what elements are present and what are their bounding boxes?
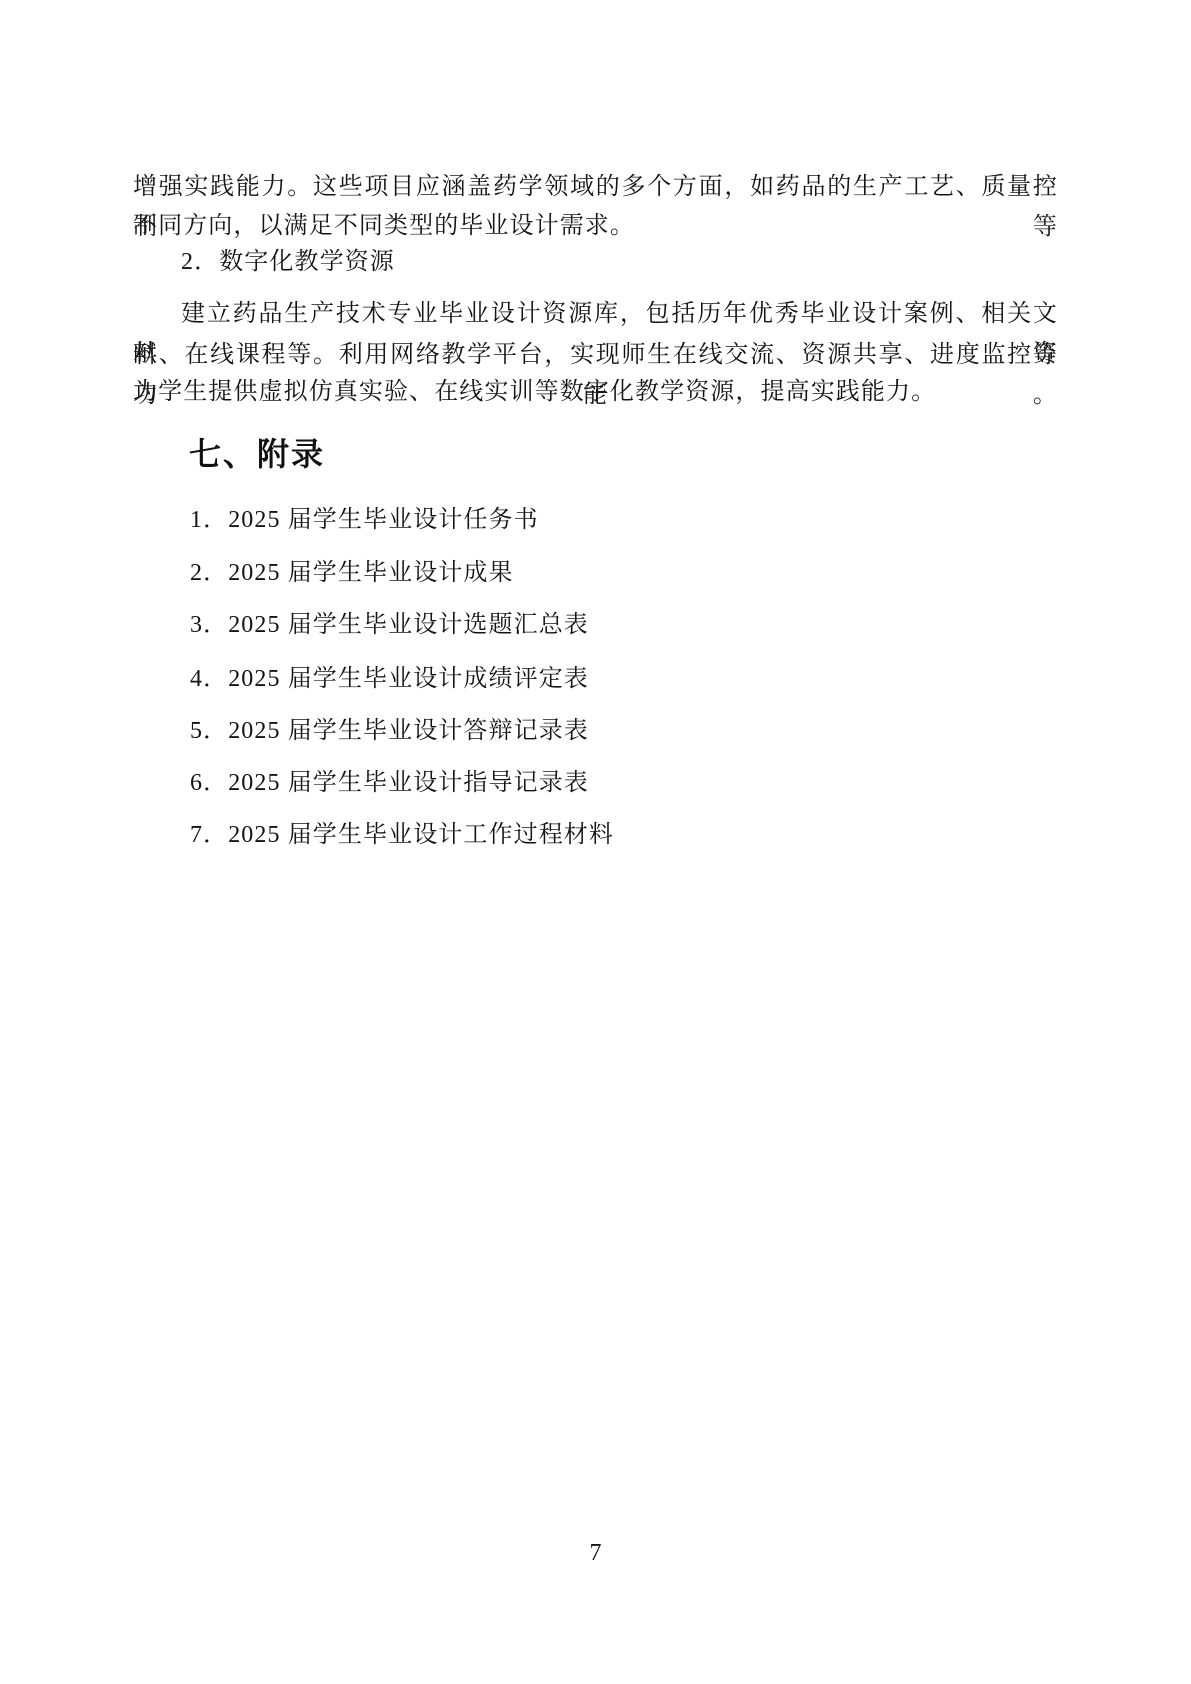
appendix-item-2: 2．2025 届学生毕业设计成果 [190, 553, 514, 593]
section-heading-appendix: 七、附录 [189, 432, 325, 476]
numbered-subheading-digital-resources: 2．数字化教学资源 [133, 242, 1058, 282]
appendix-item-6: 6．2025 届学生毕业设计指导记录表 [190, 763, 589, 803]
appendix-item-4: 4．2025 届学生毕业设计成绩评定表 [190, 659, 589, 699]
appendix-item-3: 3．2025 届学生毕业设计选题汇总表 [190, 605, 589, 645]
paragraph-practice-line-2: 不同方向，以满足不同类型的毕业设计需求。 [133, 206, 1058, 246]
appendix-item-1: 1．2025 届学生毕业设计任务书 [190, 500, 539, 540]
document-page: 增强实践能力。这些项目应涵盖药学领域的多个方面，如药品的生产工艺、质量控制等 不… [0, 0, 1191, 1684]
paragraph-digital-line-3: 为学生提供虚拟仿真实验、在线实训等数字化教学资源，提高实践能力。 [133, 372, 1058, 412]
appendix-item-7: 7．2025 届学生毕业设计工作过程材料 [190, 815, 614, 855]
appendix-item-5: 5．2025 届学生毕业设计答辩记录表 [190, 711, 589, 751]
page-number: 7 [0, 1538, 1191, 1568]
